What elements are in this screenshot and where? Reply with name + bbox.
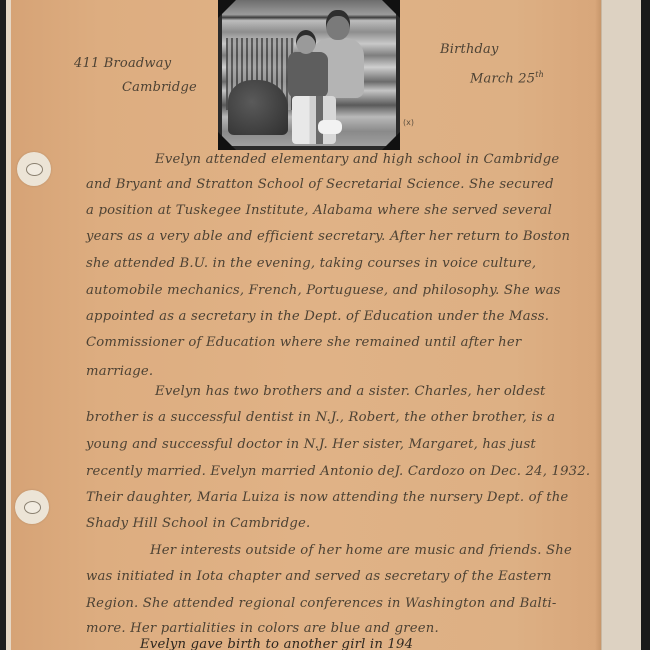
photo-corner-icon xyxy=(382,0,400,18)
text-line: Their daughter, Maria Luiza is now atten… xyxy=(86,490,568,505)
photo-bush xyxy=(228,80,288,135)
photo-mark: (x) xyxy=(403,118,414,127)
text-line-addendum: Evelyn gave birth to another girl in 194 xyxy=(140,637,413,650)
binder-hole-bottom-icon xyxy=(15,490,49,524)
text-line: brother is a successful dentist in N.J.,… xyxy=(86,410,555,425)
address-line-1: 411 Broadway xyxy=(74,56,171,71)
text-line: was initiated in Iota chapter and served… xyxy=(86,569,552,584)
photo-woman-head xyxy=(326,10,350,40)
birthday-date: March 25th xyxy=(470,70,544,86)
binder-hole-top-icon xyxy=(17,152,51,186)
text-line: years as a very able and efficient secre… xyxy=(86,229,570,244)
text-line: appointed as a secretary in the Dept. of… xyxy=(86,309,549,324)
address-line-2: Cambridge xyxy=(122,80,197,95)
backing-board xyxy=(601,0,642,650)
text-line: Shady Hill School in Cambridge. xyxy=(86,516,310,531)
text-line: marriage. xyxy=(86,364,153,379)
family-photograph xyxy=(218,0,400,150)
scanned-page: (x) 411 Broadway Cambridge Birthday Marc… xyxy=(0,0,650,650)
photo-corner-icon xyxy=(218,132,236,150)
text-line: recently married. Evelyn married Antonio… xyxy=(86,464,590,479)
photo-child xyxy=(288,52,328,98)
text-line: a position at Tuskegee Institute, Alabam… xyxy=(86,203,552,218)
text-line: automobile mechanics, French, Portuguese… xyxy=(86,283,561,298)
text-line: Region. She attended regional conference… xyxy=(86,596,557,611)
photo-corner-icon xyxy=(218,0,236,18)
photo-image xyxy=(222,0,396,146)
text-line: and Bryant and Stratton School of Secret… xyxy=(86,177,554,192)
text-line: Her interests outside of her home are mu… xyxy=(150,543,572,558)
photo-shoes xyxy=(318,120,342,134)
text-line: young and successful doctor in N.J. Her … xyxy=(86,437,536,452)
birthday-label: Birthday xyxy=(440,42,499,57)
photo-corner-icon xyxy=(382,132,400,150)
right-border xyxy=(641,0,650,650)
text-line: more. Her partialities in colors are blu… xyxy=(86,621,439,636)
birthday-suffix: th xyxy=(535,70,544,79)
birthday-date-text: March 25 xyxy=(470,71,535,86)
text-line: Evelyn attended elementary and high scho… xyxy=(155,152,559,167)
text-line: Commissioner of Education where she rema… xyxy=(86,335,521,350)
text-line: Evelyn has two brothers and a sister. Ch… xyxy=(155,384,546,399)
text-line: she attended B.U. in the evening, taking… xyxy=(86,256,536,271)
photo-child-head xyxy=(296,30,316,54)
